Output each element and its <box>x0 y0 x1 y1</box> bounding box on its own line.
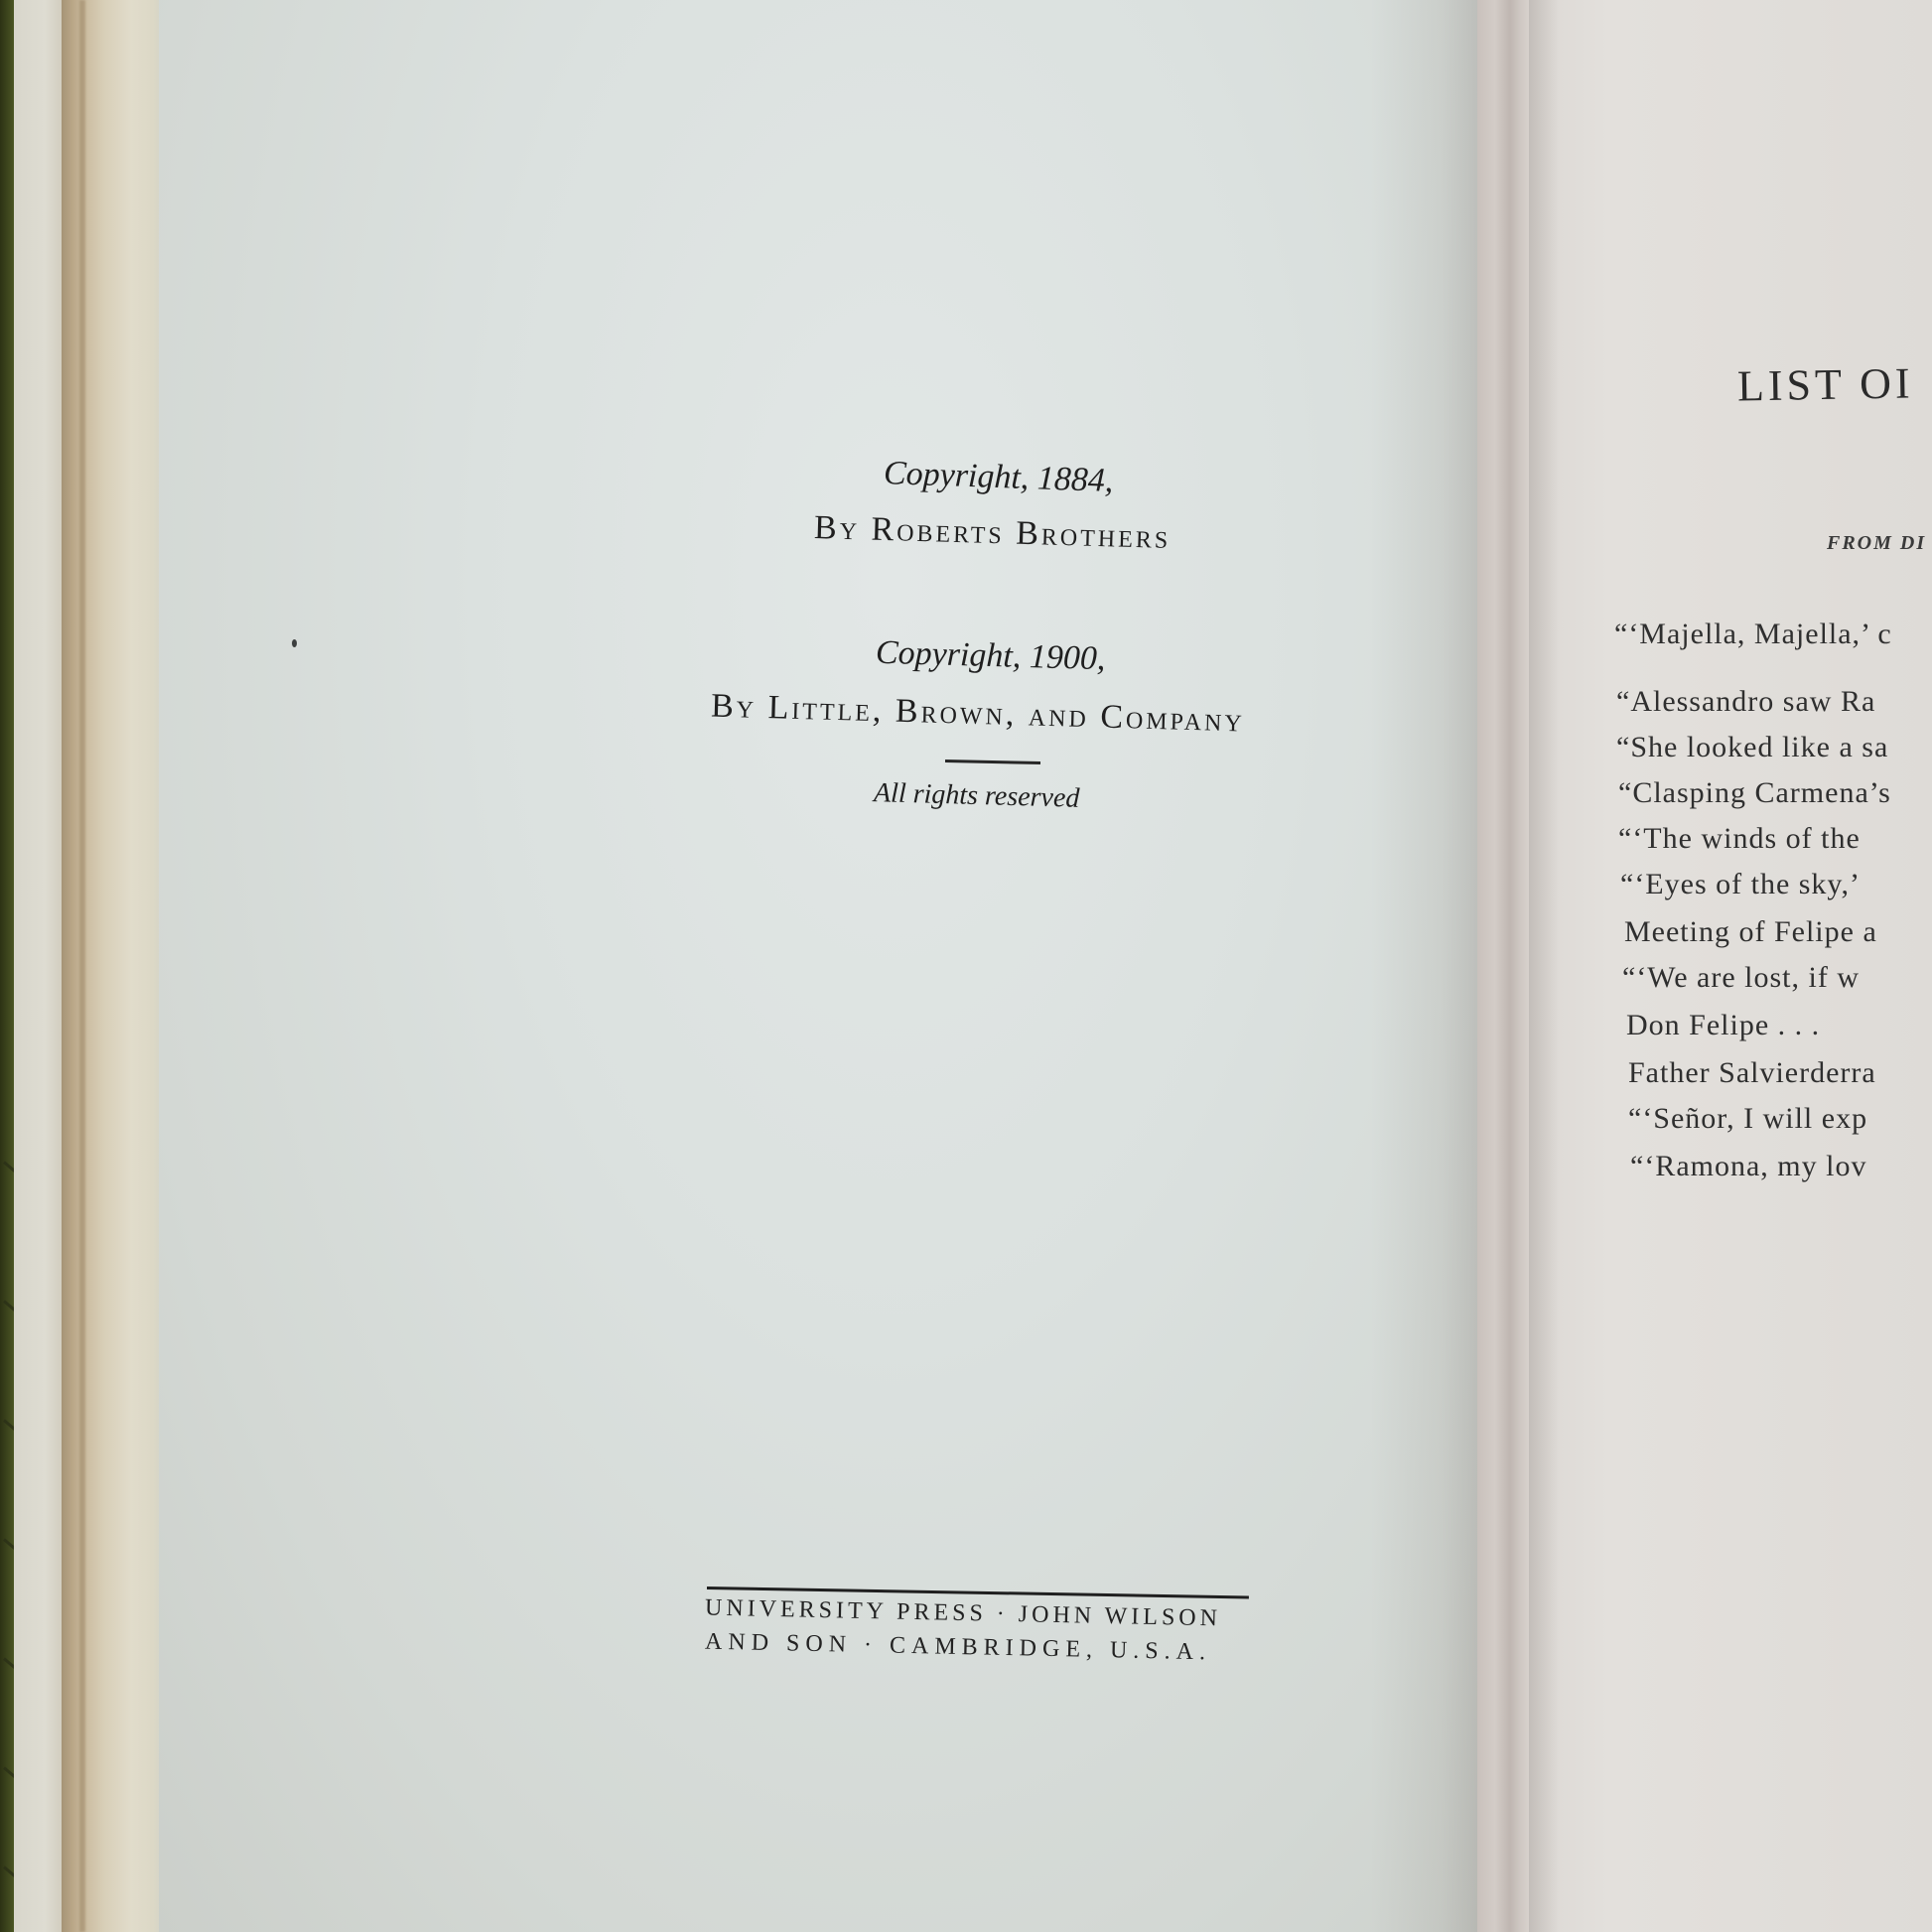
all-rights-reserved: All rights reserved <box>874 777 1080 815</box>
illustration-list-item: Don Felipe . . . <box>1626 1009 1820 1042</box>
copyright-1900-line: Copyright, 1900, <box>876 634 1106 678</box>
illustration-list-item: “Clasping Carmena’s <box>1618 776 1891 810</box>
illustration-list-item: “‘We are lost, if w <box>1622 961 1860 995</box>
book-gutter <box>1477 0 1537 1932</box>
illustration-list-item: “She looked like a sa <box>1616 731 1888 764</box>
illustration-list-item: Meeting of Felipe a <box>1624 915 1877 949</box>
illustration-list-item: “‘Majella, Majella,’ c <box>1614 618 1892 651</box>
paper-speck <box>292 639 297 647</box>
endpaper <box>14 0 67 1932</box>
illustration-list-item: Father Salvierderra <box>1628 1056 1876 1090</box>
open-book-photo: Copyright, 1884, By Roberts Brothers Cop… <box>0 0 1932 1932</box>
illustration-list-item: “‘Eyes of the sky,’ <box>1620 868 1861 901</box>
illustration-list-item: “‘Señor, I will exp <box>1628 1102 1867 1136</box>
illustration-list-item: “‘Ramona, my lov <box>1630 1150 1866 1183</box>
illustration-list-item: “Alessandro saw Ra <box>1616 685 1875 719</box>
deckled-page-edges <box>62 0 169 1932</box>
list-of-illustrations-page: LIST OI FROM DI “‘Majella, Majella,’ c “… <box>1529 0 1932 1932</box>
page-title: LIST OI <box>1737 357 1914 411</box>
gutter-shadow <box>1370 0 1489 1932</box>
illustration-list-item: “‘The winds of the <box>1618 822 1861 856</box>
copyright-1884-line: Copyright, 1884, <box>883 455 1114 500</box>
page-subtitle: FROM DI <box>1827 532 1926 555</box>
